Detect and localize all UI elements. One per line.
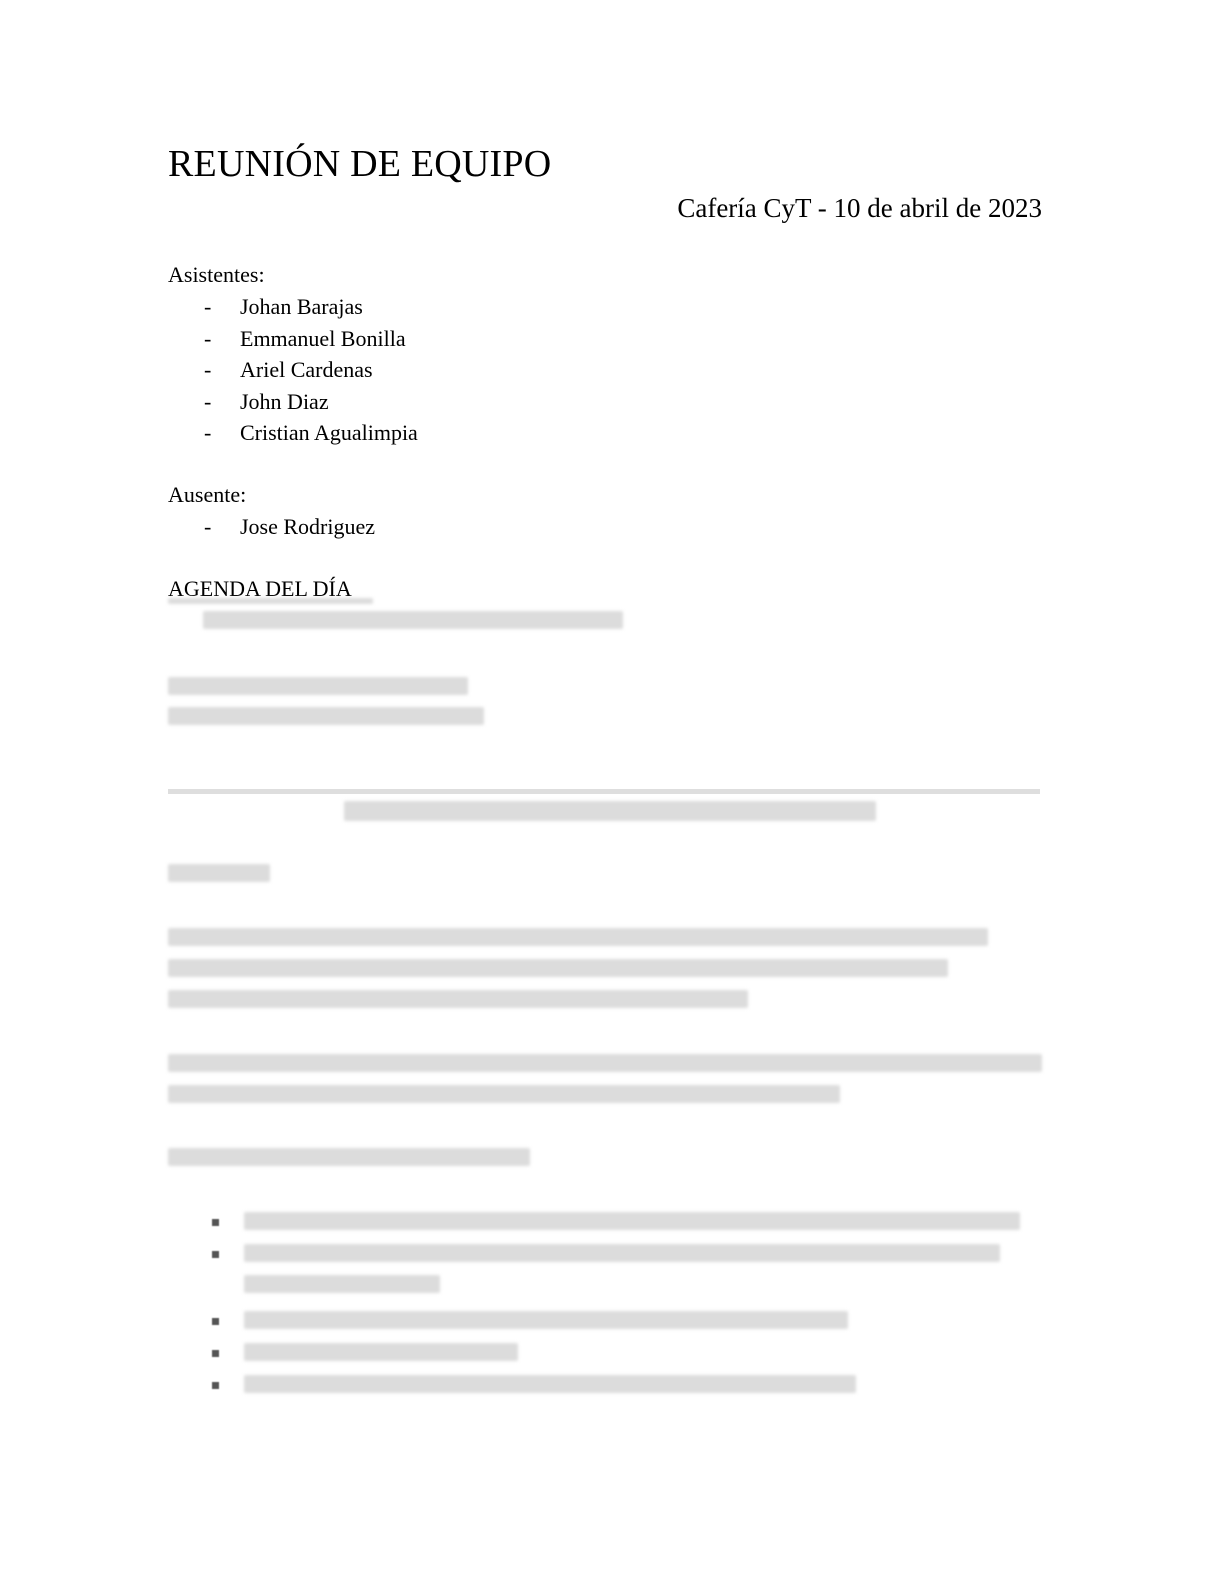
location-date: Cafería CyT - 10 de abril de 2023 bbox=[677, 193, 1042, 224]
redacted-line bbox=[168, 864, 270, 882]
absent-list: -Jose Rodriguez bbox=[168, 511, 375, 543]
redacted-line bbox=[168, 598, 373, 604]
attendees-label: Asistentes: bbox=[168, 262, 265, 288]
list-item: -John Diaz bbox=[168, 386, 418, 418]
redacted-line bbox=[168, 1054, 1042, 1072]
document-title: REUNIÓN DE EQUIPO bbox=[168, 142, 551, 186]
redacted-line bbox=[244, 1311, 848, 1329]
redacted-line bbox=[168, 707, 484, 725]
bullet-icon bbox=[212, 1382, 219, 1389]
list-item: -Johan Barajas bbox=[168, 291, 418, 323]
redacted-line bbox=[244, 1275, 440, 1293]
redacted-line bbox=[244, 1244, 1000, 1262]
attendees-list: -Johan Barajas -Emmanuel Bonilla -Ariel … bbox=[168, 291, 418, 449]
list-item: -Jose Rodriguez bbox=[168, 511, 375, 543]
list-item: -Cristian Agualimpia bbox=[168, 417, 418, 449]
list-item: -Emmanuel Bonilla bbox=[168, 323, 418, 355]
redacted-line bbox=[168, 1085, 840, 1103]
redacted-line bbox=[168, 1148, 530, 1166]
bullet-icon bbox=[212, 1350, 219, 1357]
redacted-line bbox=[168, 677, 468, 695]
redacted-line bbox=[244, 1212, 1020, 1230]
redacted-line bbox=[168, 990, 748, 1008]
redacted-line bbox=[244, 1343, 518, 1361]
bullet-icon bbox=[212, 1318, 219, 1325]
redacted-line bbox=[168, 928, 988, 946]
redacted-line bbox=[244, 1375, 856, 1393]
absent-label: Ausente: bbox=[168, 482, 246, 508]
bullet-icon bbox=[212, 1251, 219, 1258]
redacted-line bbox=[344, 801, 876, 821]
redacted-line bbox=[203, 611, 623, 629]
list-item: -Ariel Cardenas bbox=[168, 354, 418, 386]
horizontal-rule bbox=[168, 789, 1040, 794]
bullet-icon bbox=[212, 1219, 219, 1226]
redacted-line bbox=[168, 959, 948, 977]
